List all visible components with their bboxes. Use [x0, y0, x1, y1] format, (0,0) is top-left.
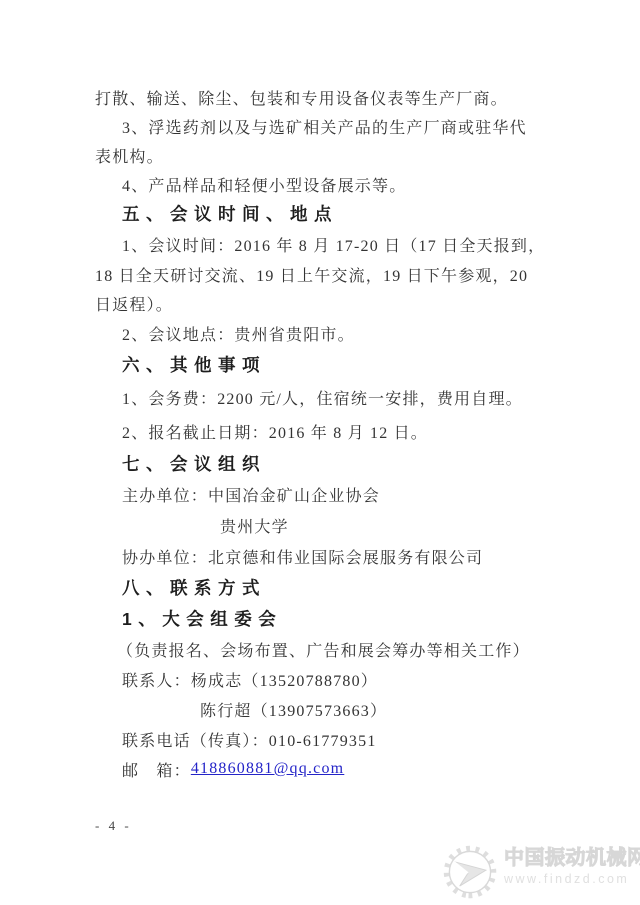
document-line: 协办单位：北京德和伟业国际会展服务有限公司 — [95, 541, 595, 571]
gear-arrow-logo-icon — [440, 842, 500, 902]
document-line: 18 日全天研讨交流、19 日上午交流，19 日下午参观，20 — [95, 259, 595, 289]
document-line: 1、会议时间：2016 年 8 月 17-20 日（17 日全天报到， — [95, 229, 595, 259]
document-line: 日返程）。 — [95, 289, 595, 318]
document-line: 打散、输送、除尘、包装和专用设备仪表等生产厂商。 — [95, 83, 595, 112]
document-line: 2、会议地点：贵州省贵阳市。 — [95, 318, 595, 348]
section-heading-contact: 八、联系方式 — [95, 571, 595, 603]
section-heading-meeting-time: 五、会议时间、地点 — [95, 198, 595, 229]
subheading-committee: 1、大会组委会 — [95, 603, 595, 634]
watermark-text: 中国振动机械网 www.findzd.com — [504, 842, 640, 886]
document-line: 联系电话（传真）：010-61779351 — [95, 724, 595, 754]
document-line: 表机构。 — [95, 141, 595, 170]
watermark-site-name: 中国振动机械网 — [504, 846, 640, 870]
page-number: - 4 - — [95, 818, 132, 834]
watermark: 中国振动机械网 www.findzd.com — [440, 842, 640, 905]
document-line: 贵州大学 — [95, 510, 595, 541]
document-line: 陈行超（13907573663） — [95, 694, 595, 724]
document-line: 2、报名截止日期：2016 年 8 月 12 日。 — [95, 414, 595, 448]
document-line: 3、浮选药剂以及与选矿相关产品的生产厂商或驻华代 — [95, 112, 595, 141]
section-heading-organization: 七、会议组织 — [95, 448, 595, 478]
email-link[interactable]: 418860881@qq.com — [191, 760, 344, 778]
watermark-site-url: www.findzd.com — [504, 872, 640, 886]
document-line: 联系人：杨成志（13520788780） — [95, 664, 595, 694]
email-label: 邮 箱： — [122, 758, 191, 781]
document-line: 1、会务费：2200 元/人，住宿统一安排，费用自理。 — [95, 381, 595, 414]
document-line: 4、产品样品和轻便小型设备展示等。 — [95, 170, 595, 198]
document-line: 主办单位：中国冶金矿山企业协会 — [95, 478, 595, 510]
email-line: 邮 箱：418860881@qq.com — [95, 754, 595, 784]
section-heading-other-matters: 六、其他事项 — [95, 348, 595, 381]
document-line: （负责报名、会场布置、广告和展会筹办等相关工作） — [95, 634, 595, 664]
document-page: 打散、输送、除尘、包装和专用设备仪表等生产厂商。 3、浮选药剂以及与选矿相关产品… — [0, 0, 640, 905]
document-body: 打散、输送、除尘、包装和专用设备仪表等生产厂商。 3、浮选药剂以及与选矿相关产品… — [95, 83, 595, 784]
